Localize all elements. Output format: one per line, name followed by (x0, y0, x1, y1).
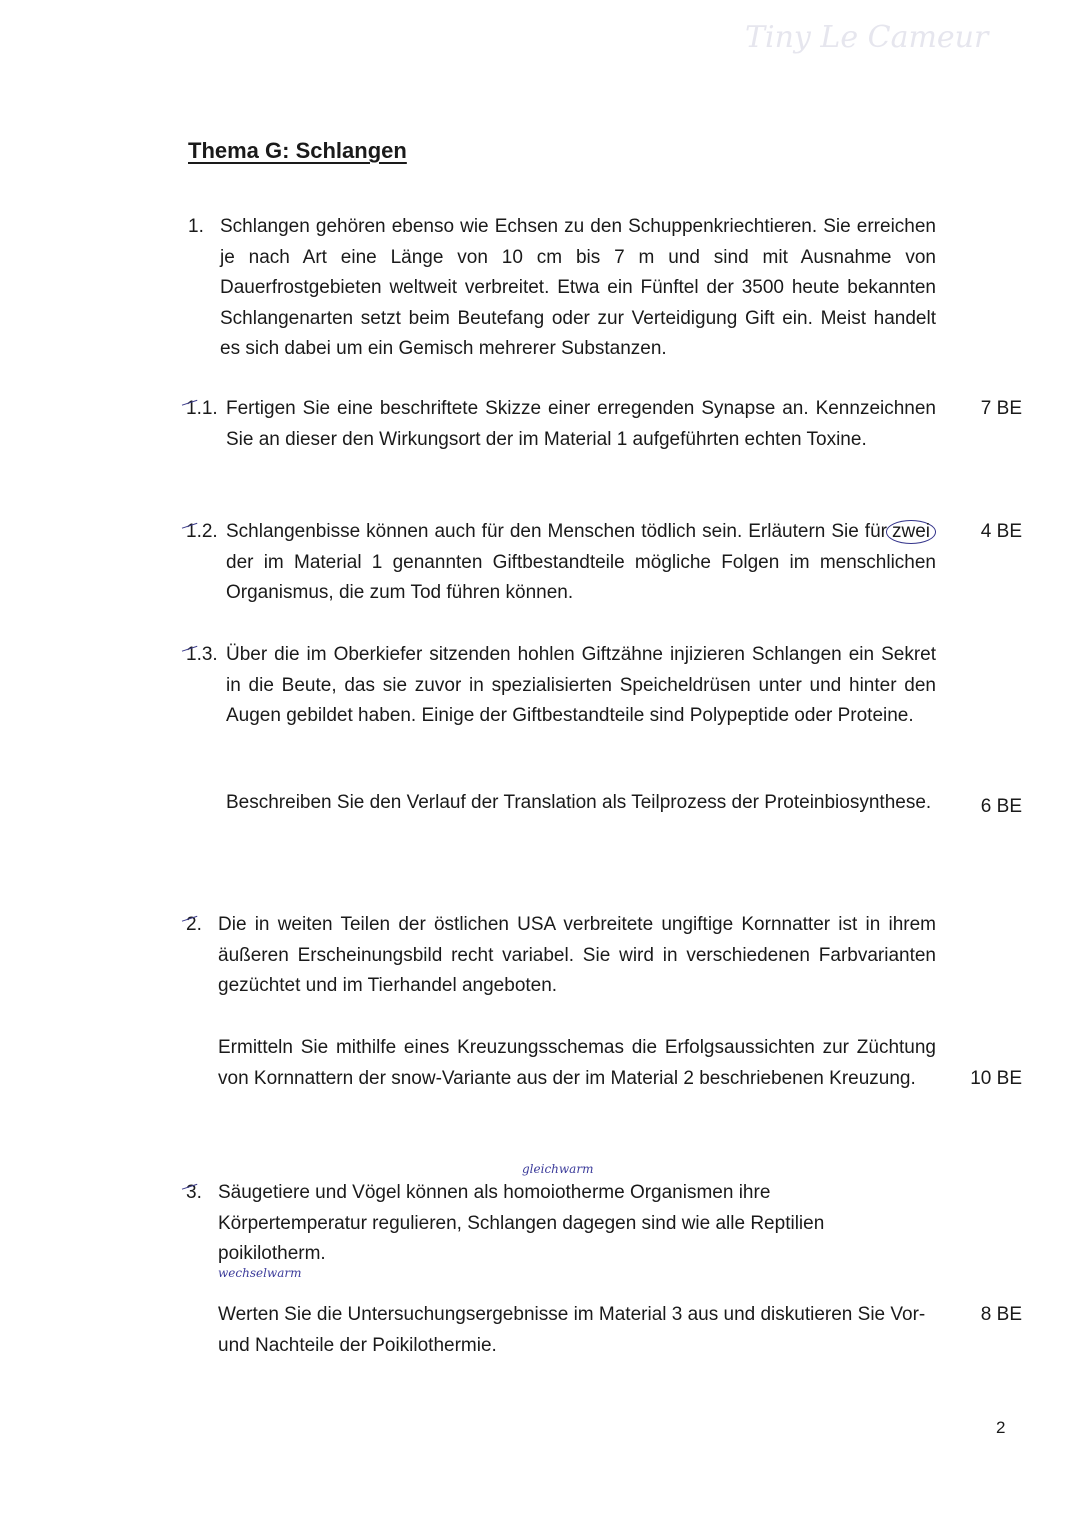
handwritten-annotation-gleichwarm: gleichwarm (522, 1162, 593, 1176)
task-1-1-number: 1.1. (186, 394, 218, 425)
task-2-number-label: 2. (186, 910, 202, 941)
task-1-3-number: 1.3. (186, 640, 218, 671)
task-1-3-text: Über die im Oberkiefer sitzenden hohlen … (226, 640, 936, 732)
task-1-3-number-label: 1.3. (186, 640, 218, 671)
task-2-text: Die in weiten Teilen der östlichen USA v… (218, 910, 936, 1002)
task-3-task: Werten Sie die Untersuchungsergebnisse i… (218, 1300, 928, 1361)
task-1-text: Schlangen gehören ebenso wie Echsen zu d… (220, 212, 936, 365)
task-1-2-number-label: 1.2. (186, 517, 218, 548)
task-1-2-text-after: der im Material 1 genannten Giftbestandt… (226, 552, 936, 604)
task-3-text: Säugetiere und Vögel können als homoioth… (218, 1178, 958, 1270)
task-1-1-text: Fertigen Sie eine beschriftete Skizze ei… (226, 394, 936, 455)
task-3-number: 3. (186, 1178, 202, 1209)
task-1-2-text-before: Schlangenbisse können auch für den Mensc… (226, 521, 887, 542)
task-1-2-number: 1.2. (186, 517, 218, 548)
task-1-number: 1. (188, 212, 204, 243)
task-3-points: 8 BE (962, 1300, 1022, 1331)
page-title: Thema G: Schlangen (188, 138, 407, 164)
task-1-1-points: 7 BE (962, 394, 1022, 425)
exam-page: Tiny Le Cameur Thema G: Schlangen 1. Sch… (0, 0, 1080, 1526)
task-3-line-1: Säugetiere und Vögel können als homoioth… (218, 1178, 958, 1209)
task-1-3-task: Beschreiben Sie den Verlauf der Translat… (226, 788, 936, 819)
task-1-2-text: Schlangenbisse können auch für den Mensc… (226, 517, 936, 609)
handwritten-annotation-wechselwarm: wechselwarm (218, 1266, 301, 1280)
task-1-3-points: 6 BE (962, 792, 1022, 823)
task-2-number: 2. (186, 910, 202, 941)
task-3-number-label: 3. (186, 1178, 202, 1209)
task-1-1-number-label: 1.1. (186, 394, 218, 425)
task-1-2-points: 4 BE (962, 517, 1022, 548)
task-3-line-3: poikilotherm. (218, 1239, 958, 1270)
page-number: 2 (996, 1418, 1005, 1438)
circled-word: zwei (886, 520, 936, 544)
task-2-task: Ermitteln Sie mithilfe eines Kreuzungssc… (218, 1033, 936, 1094)
faint-header-signature: Tiny Le Cameur (745, 20, 988, 55)
task-2-points: 10 BE (962, 1064, 1022, 1095)
task-3-line-2: Körpertemperatur regulieren, Schlangen d… (218, 1209, 958, 1240)
